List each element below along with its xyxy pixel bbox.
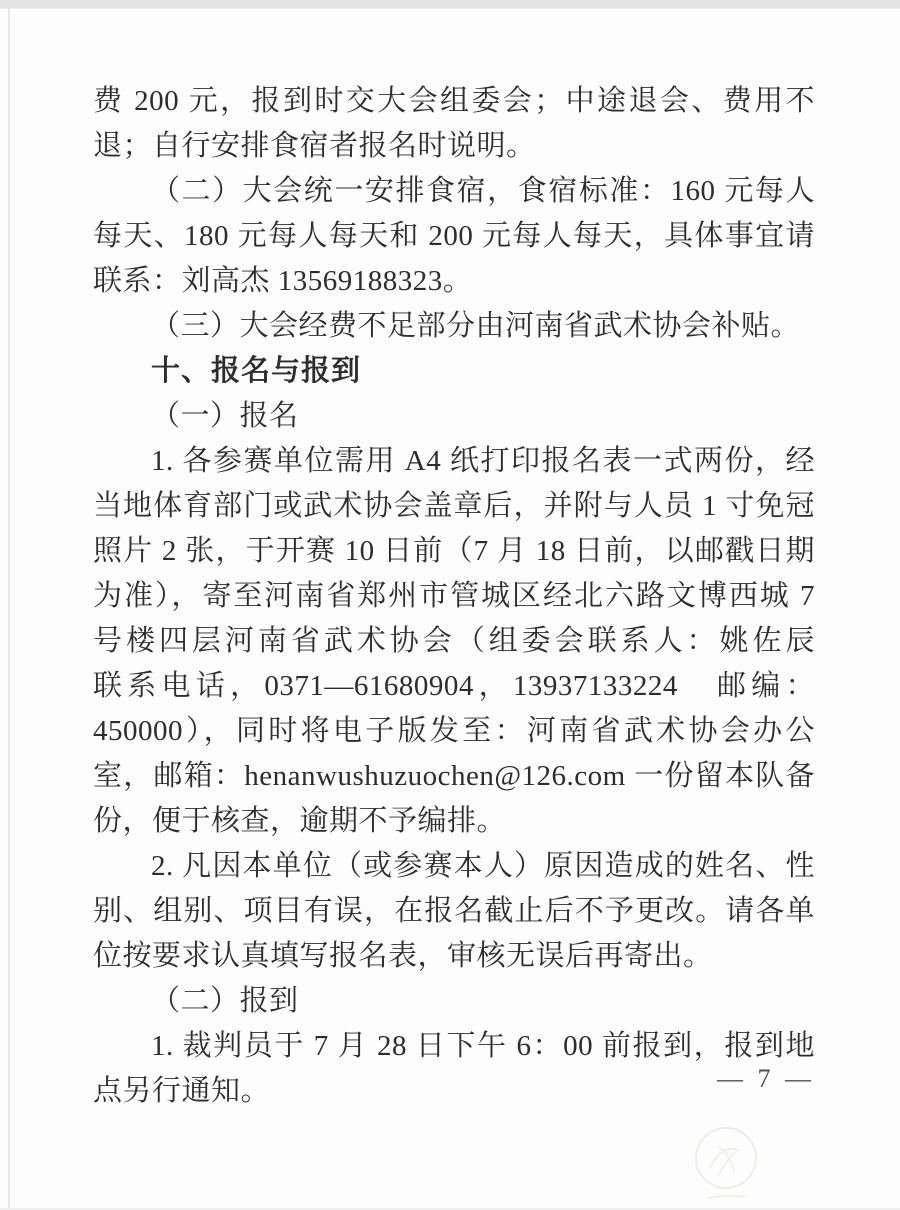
document-body: 费 200 元，报到时交大会组委会；中途退会、费用不退；自行安排食宿者报名时说明… xyxy=(93,79,815,1114)
stamp-watermark-icon xyxy=(688,1124,770,1204)
section-heading: 十、报名与报到 xyxy=(93,349,815,394)
page-footer: — 7 — xyxy=(0,1064,815,1094)
paragraph: （二）大会统一安排食宿，食宿标准：160 元每人每天、180 元每人每天和 20… xyxy=(93,169,815,304)
paragraph: 费 200 元，报到时交大会组委会；中途退会、费用不退；自行安排食宿者报名时说明… xyxy=(93,79,815,169)
paragraph: （二）报到 xyxy=(93,979,815,1024)
paragraph: 2. 凡因本单位（或参赛本人）原因造成的姓名、性别、组别、项目有误，在报名截止后… xyxy=(93,844,815,979)
page-number: — 7 — xyxy=(717,1064,815,1093)
paragraph: （三）大会经费不足部分由河南省武术协会补贴。 xyxy=(93,304,815,349)
paragraph: （一）报名 xyxy=(93,394,815,439)
scan-edge-left xyxy=(8,8,10,1208)
scan-edge-top xyxy=(0,0,900,9)
paragraph: 1. 各参赛单位需用 A4 纸打印报名表一式两份，经当地体育部门或武术协会盖章后… xyxy=(93,439,815,844)
